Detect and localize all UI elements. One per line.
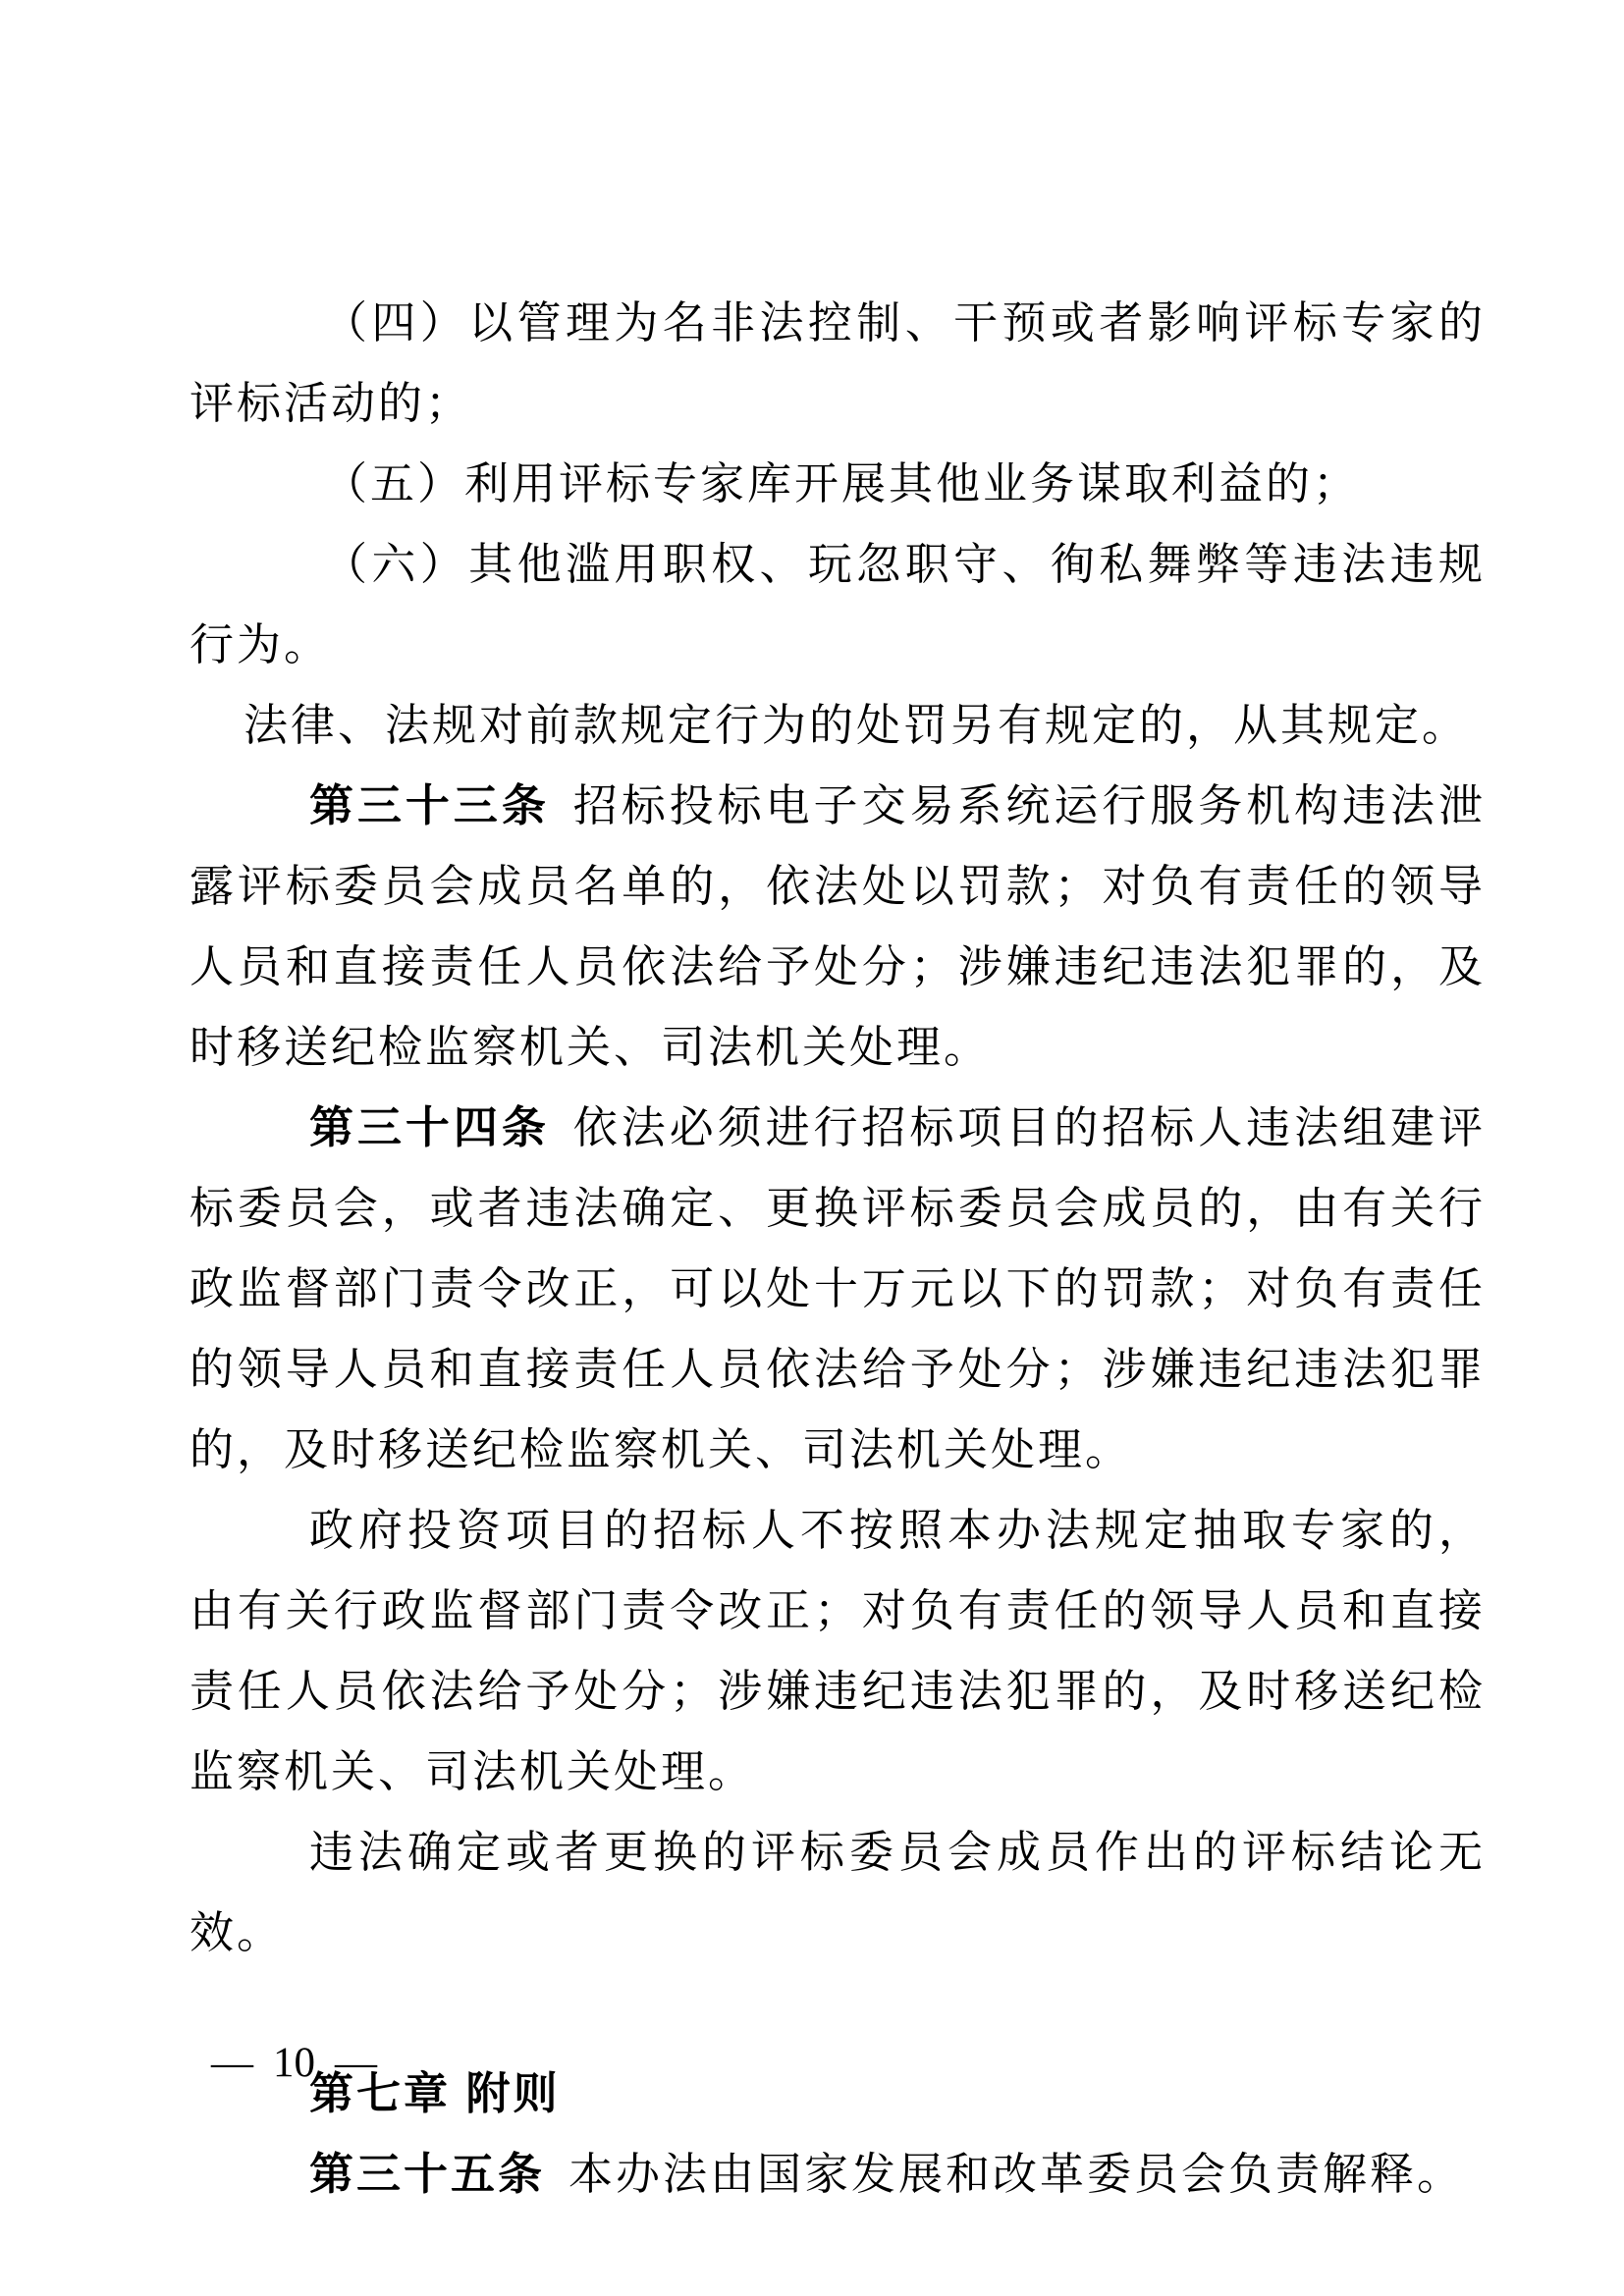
paragraph-item-6: （六）其他滥用职权、玩忽职守、徇私舞弊等违法违规行为。 (189, 524, 1486, 685)
chapter-heading: 第七章 附则 (189, 2054, 1486, 2134)
paragraph-text: （五）利用评标专家库开展其他业务谋取利益的； (323, 459, 1360, 508)
paragraph-article-35: 第三十五条本办法由国家发展和改革委员会负责解释。 (189, 2134, 1486, 2215)
article-number: 第三十五条 (309, 2149, 545, 2199)
text-block: （四）以管理为名非法控制、干预或者影响评标专家的评标活动的； （五）利用评标专家… (189, 283, 1486, 2215)
paragraph-invalid-conclusion: 违法确定或者更换的评标委员会成员作出的评标结论无效。 (189, 1812, 1486, 1973)
paragraph-text: 违法确定或者更换的评标委员会成员作出的评标结论无效。 (189, 1828, 1486, 1957)
paragraph-law-proviso: 法律、法规对前款规定行为的处罚另有规定的，从其规定。 (189, 685, 1486, 766)
paragraph-item-4: （四）以管理为名非法控制、干预或者影响评标专家的评标活动的； (189, 283, 1486, 444)
footer-left-dash: — (211, 2038, 253, 2089)
page-number: 10 (273, 2038, 315, 2089)
paragraph-text: 法律、法规对前款规定行为的处罚另有规定的，从其规定。 (244, 701, 1469, 750)
page-footer: —10— (211, 2038, 377, 2089)
article-number: 第三十四条 (309, 1102, 550, 1152)
paragraph-text: （四）以管理为名非法控制、干预或者影响评标专家的评标活动的； (189, 298, 1486, 428)
paragraph-text: 依法必须进行招标项目的招标人违法组建评标委员会，或者违法确定、更换评标委员会成员… (189, 1103, 1486, 1474)
paragraph-item-5: （五）利用评标专家库开展其他业务谋取利益的； (189, 444, 1486, 524)
article-number: 第三十三条 (309, 780, 550, 830)
paragraph-text: 政府投资项目的招标人不按照本办法规定抽取专家的，由有关行政监督部门责令改正；对负… (189, 1506, 1486, 1796)
document-page: （四）以管理为名非法控制、干预或者影响评标专家的评标活动的； （五）利用评标专家… (0, 0, 1624, 2296)
paragraph-government-investment: 政府投资项目的招标人不按照本办法规定抽取专家的，由有关行政监督部门责令改正；对负… (189, 1490, 1486, 1812)
paragraph-article-34: 第三十四条依法必须进行招标项目的招标人违法组建评标委员会，或者违法确定、更换评标… (189, 1088, 1486, 1490)
paragraph-text: 本办法由国家发展和改革委员会负责解释。 (568, 2150, 1464, 2199)
paragraph-article-33: 第三十三条招标投标电子交易系统运行服务机构违法泄露评标委员会成员名单的，依法处以… (189, 766, 1486, 1088)
footer-right-dash: — (335, 2038, 377, 2089)
paragraph-text: （六）其他滥用职权、玩忽职守、徇私舞弊等违法违规行为。 (189, 540, 1486, 669)
